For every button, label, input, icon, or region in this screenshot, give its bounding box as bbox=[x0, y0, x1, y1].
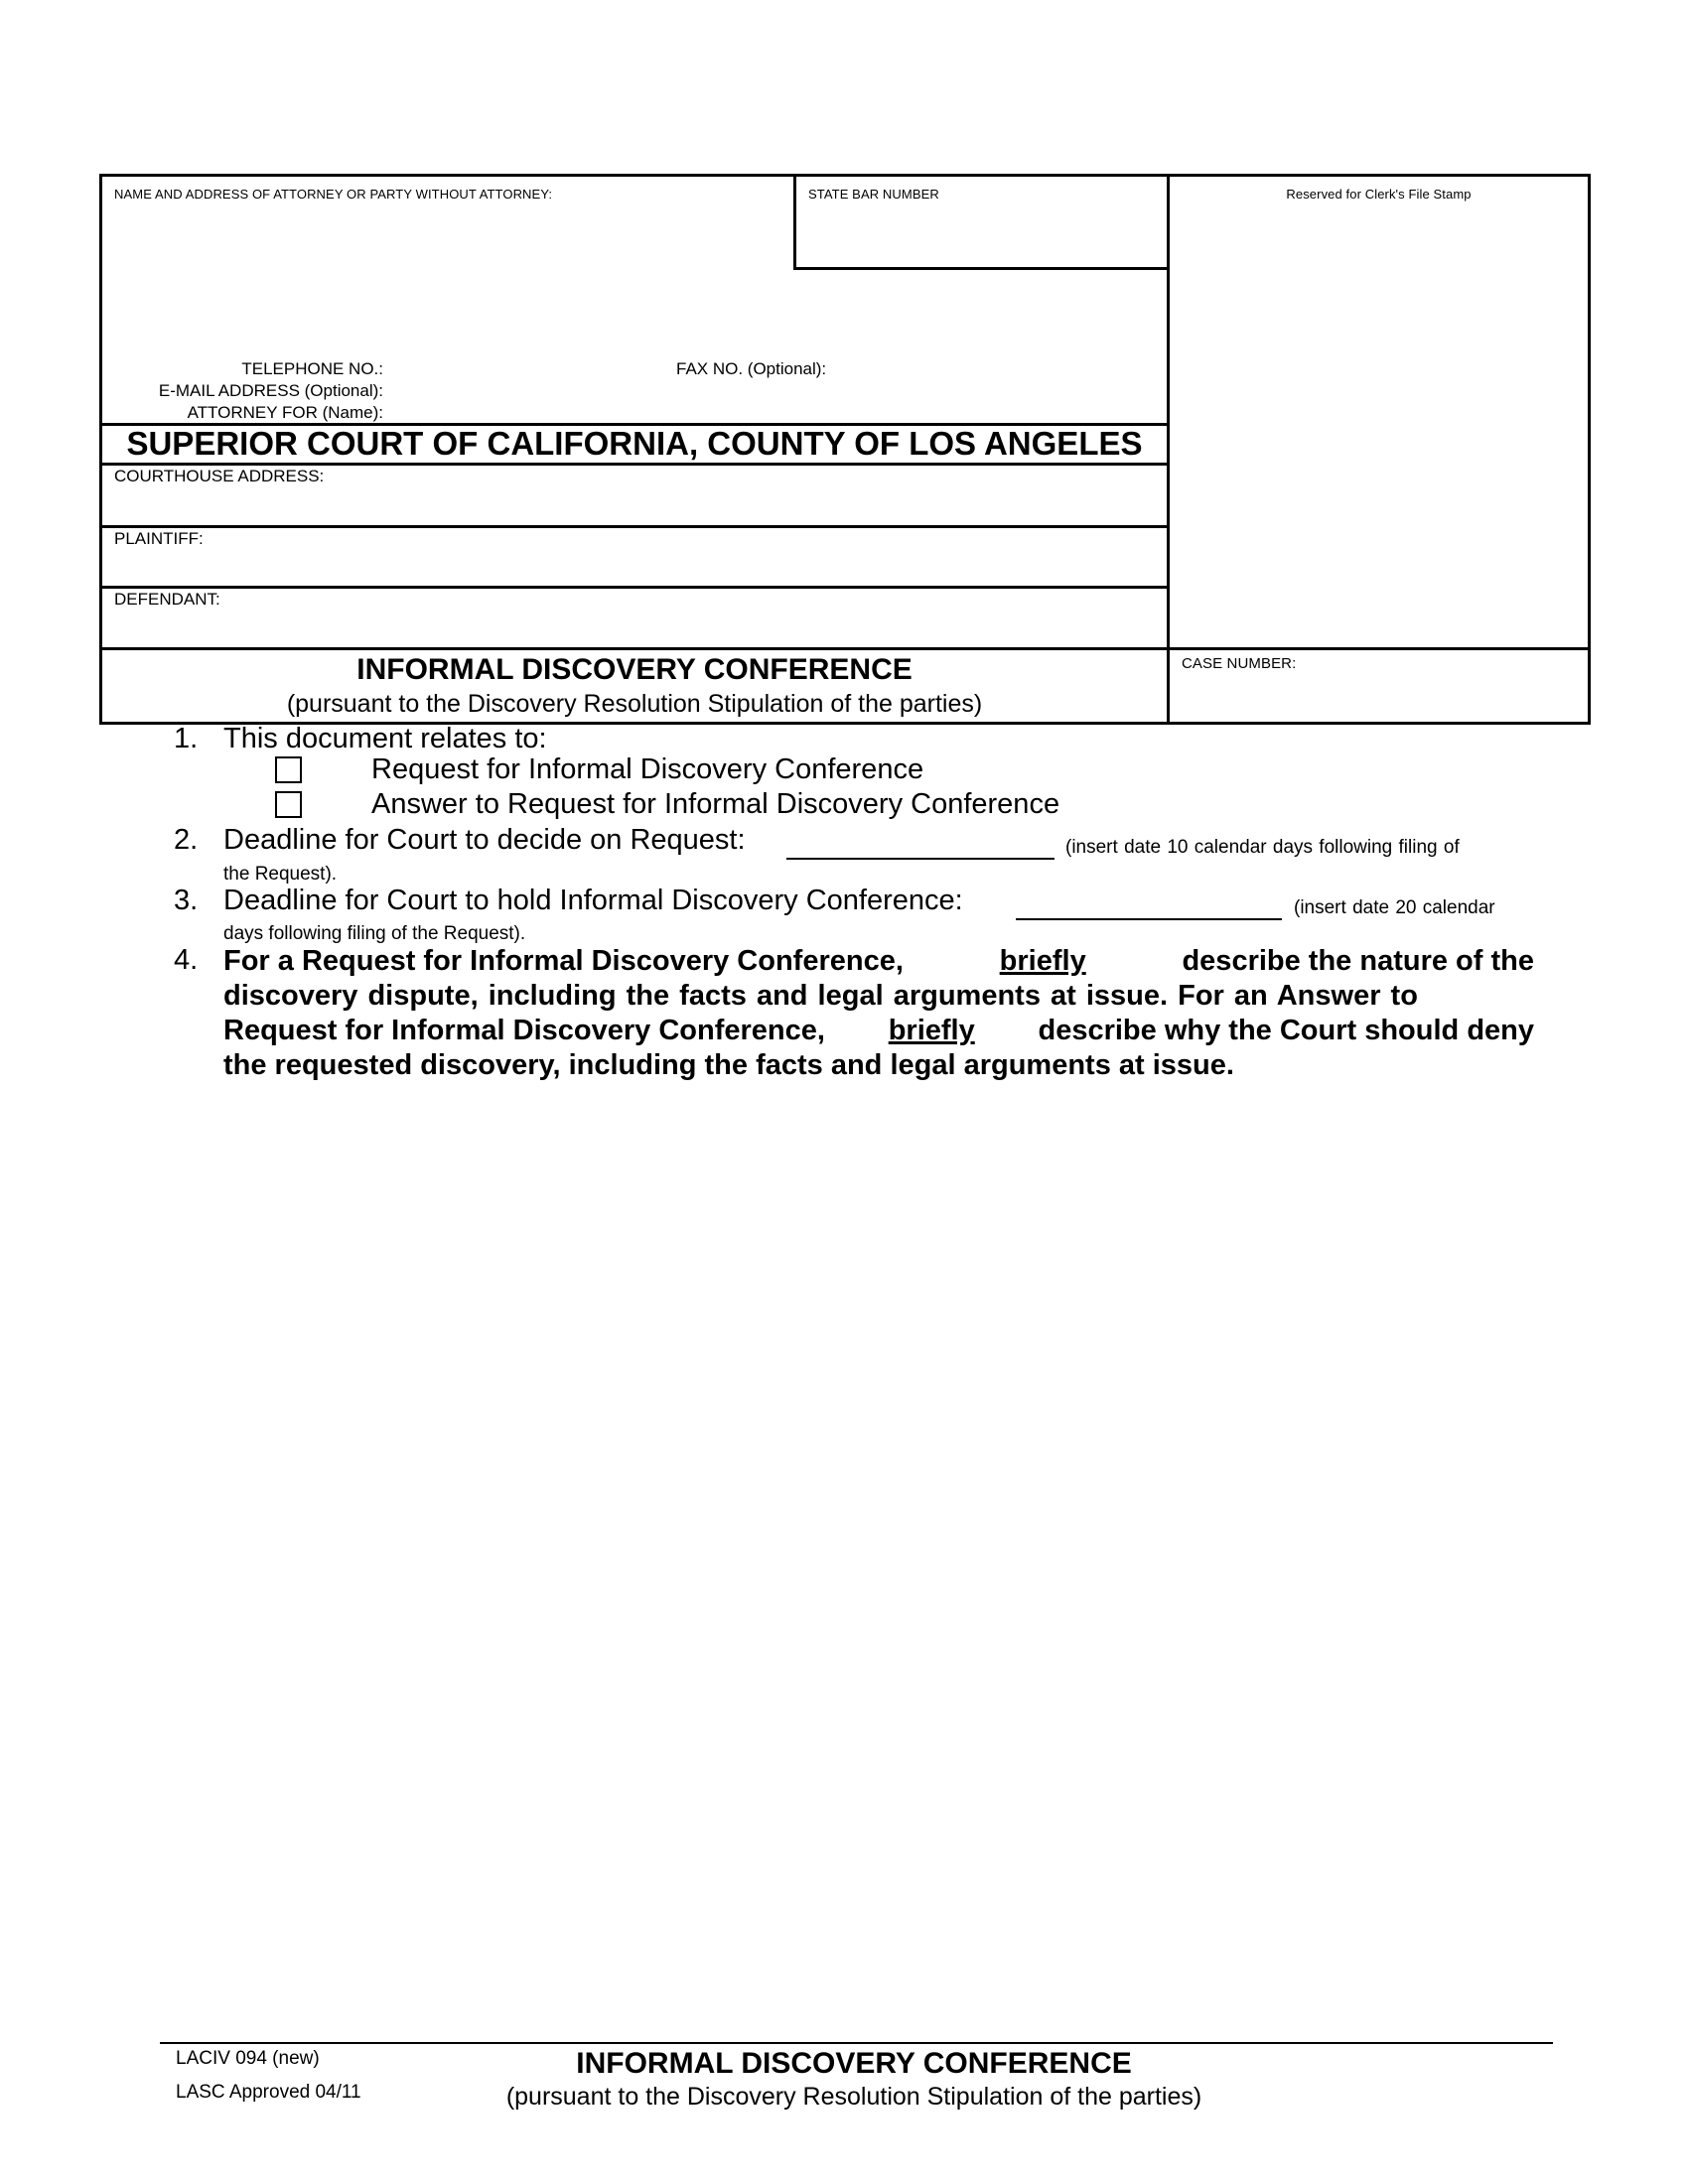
item-4-line-1-a: For a Request for Informal Discovery Con… bbox=[223, 944, 904, 979]
item-3-note-line2: days following filing of the Request). bbox=[223, 923, 525, 945]
request-checkbox[interactable] bbox=[275, 756, 302, 783]
item-3-note-line1: (insert date 20 calendar bbox=[1294, 897, 1495, 919]
fax-label: FAX NO. (Optional): bbox=[676, 358, 826, 380]
defendant-label: DEFENDANT: bbox=[114, 590, 220, 610]
item-4-line-3: Request for Informal Discovery Conferenc… bbox=[223, 1014, 1534, 1048]
item-2-text: Deadline for Court to decide on Request: bbox=[223, 824, 746, 857]
defendant-field[interactable]: DEFENDANT: bbox=[102, 589, 1167, 647]
telephone-field[interactable] bbox=[387, 355, 665, 377]
form-title: INFORMAL DISCOVERY CONFERENCE bbox=[102, 652, 1167, 688]
fax-field[interactable] bbox=[854, 355, 1162, 377]
attorney-for-field[interactable] bbox=[387, 399, 1162, 421]
caption-right-border bbox=[1588, 174, 1591, 725]
attorney-for-label: ATTORNEY FOR (Name): bbox=[102, 402, 383, 424]
item-4-line-2: discovery dispute, including the facts a… bbox=[223, 979, 1534, 1014]
state-bar-number-label: STATE BAR NUMBER bbox=[808, 187, 939, 202]
item-4-number: 4. bbox=[174, 944, 198, 977]
request-option-label: Request for Informal Discovery Conferenc… bbox=[371, 753, 923, 786]
courthouse-address-field[interactable]: COURTHOUSE ADDRESS: bbox=[102, 466, 1167, 525]
clerk-file-stamp-label: Reserved for Clerk's File Stamp bbox=[1170, 187, 1588, 202]
item-4-instructions: For a Request for Informal Discovery Con… bbox=[223, 944, 1534, 1083]
item-2-note-line1: (insert date 10 calendar days following … bbox=[1065, 837, 1460, 859]
item-4-line-3-a: Request for Informal Discovery Conferenc… bbox=[223, 1014, 825, 1048]
item-2-number: 2. bbox=[174, 824, 198, 857]
item-4-line-1: For a Request for Informal Discovery Con… bbox=[223, 944, 1534, 979]
state-bar-bottom-border bbox=[793, 267, 1169, 270]
item-4-line-1-b: describe the nature of the bbox=[1182, 944, 1534, 979]
clerk-file-stamp-area: Reserved for Clerk's File Stamp bbox=[1170, 177, 1588, 647]
answer-checkbox[interactable] bbox=[275, 791, 302, 818]
footer-approval: LASC Approved 04/11 bbox=[176, 2082, 361, 2104]
footer-title: INFORMAL DISCOVERY CONFERENCE bbox=[457, 2047, 1251, 2081]
footer-form-code: LACIV 094 (new) bbox=[176, 2048, 320, 2070]
item-4-briefly-2: briefly bbox=[889, 1014, 975, 1048]
response-area[interactable] bbox=[223, 1092, 1534, 2005]
case-number-field[interactable]: CASE NUMBER: bbox=[1170, 650, 1588, 722]
item-1-text: This document relates to: bbox=[223, 723, 547, 755]
item-2-note-line2: the Request). bbox=[223, 864, 337, 886]
state-bar-number-field[interactable]: STATE BAR NUMBER bbox=[796, 177, 1167, 267]
answer-option-label: Answer to Request for Informal Discovery… bbox=[371, 788, 1059, 821]
attorney-name-address-field[interactable]: NAME AND ADDRESS OF ATTORNEY OR PARTY WI… bbox=[102, 177, 793, 336]
court-name: SUPERIOR COURT OF CALIFORNIA, COUNTY OF … bbox=[102, 425, 1167, 463]
item-4-line-3-b: describe why the Court should deny bbox=[1038, 1014, 1534, 1048]
email-field[interactable] bbox=[387, 377, 1162, 399]
form-subtitle: (pursuant to the Discovery Resolution St… bbox=[102, 688, 1167, 720]
contact-labels: TELEPHONE NO.: E-MAIL ADDRESS (Optional)… bbox=[102, 358, 383, 424]
item-3-text: Deadline for Court to hold Informal Disc… bbox=[223, 885, 963, 917]
telephone-label: TELEPHONE NO.: bbox=[102, 358, 383, 380]
footer-rule bbox=[160, 2042, 1553, 2044]
item-4-briefly-1: briefly bbox=[1000, 944, 1086, 979]
court-conference-deadline-input[interactable] bbox=[1016, 890, 1282, 920]
item-1-number: 1. bbox=[174, 723, 198, 755]
item-4-line-4: the requested discovery, including the f… bbox=[223, 1048, 1534, 1083]
plaintiff-field[interactable]: PLAINTIFF: bbox=[102, 528, 1167, 586]
case-number-label: CASE NUMBER: bbox=[1182, 655, 1296, 672]
item-3-number: 3. bbox=[174, 885, 198, 917]
footer-subtitle: (pursuant to the Discovery Resolution St… bbox=[457, 2083, 1251, 2112]
email-label: E-MAIL ADDRESS (Optional): bbox=[102, 380, 383, 402]
plaintiff-label: PLAINTIFF: bbox=[114, 529, 204, 549]
courthouse-address-label: COURTHOUSE ADDRESS: bbox=[114, 467, 324, 486]
court-decide-deadline-input[interactable] bbox=[786, 830, 1055, 860]
attorney-name-address-label: NAME AND ADDRESS OF ATTORNEY OR PARTY WI… bbox=[114, 187, 552, 202]
